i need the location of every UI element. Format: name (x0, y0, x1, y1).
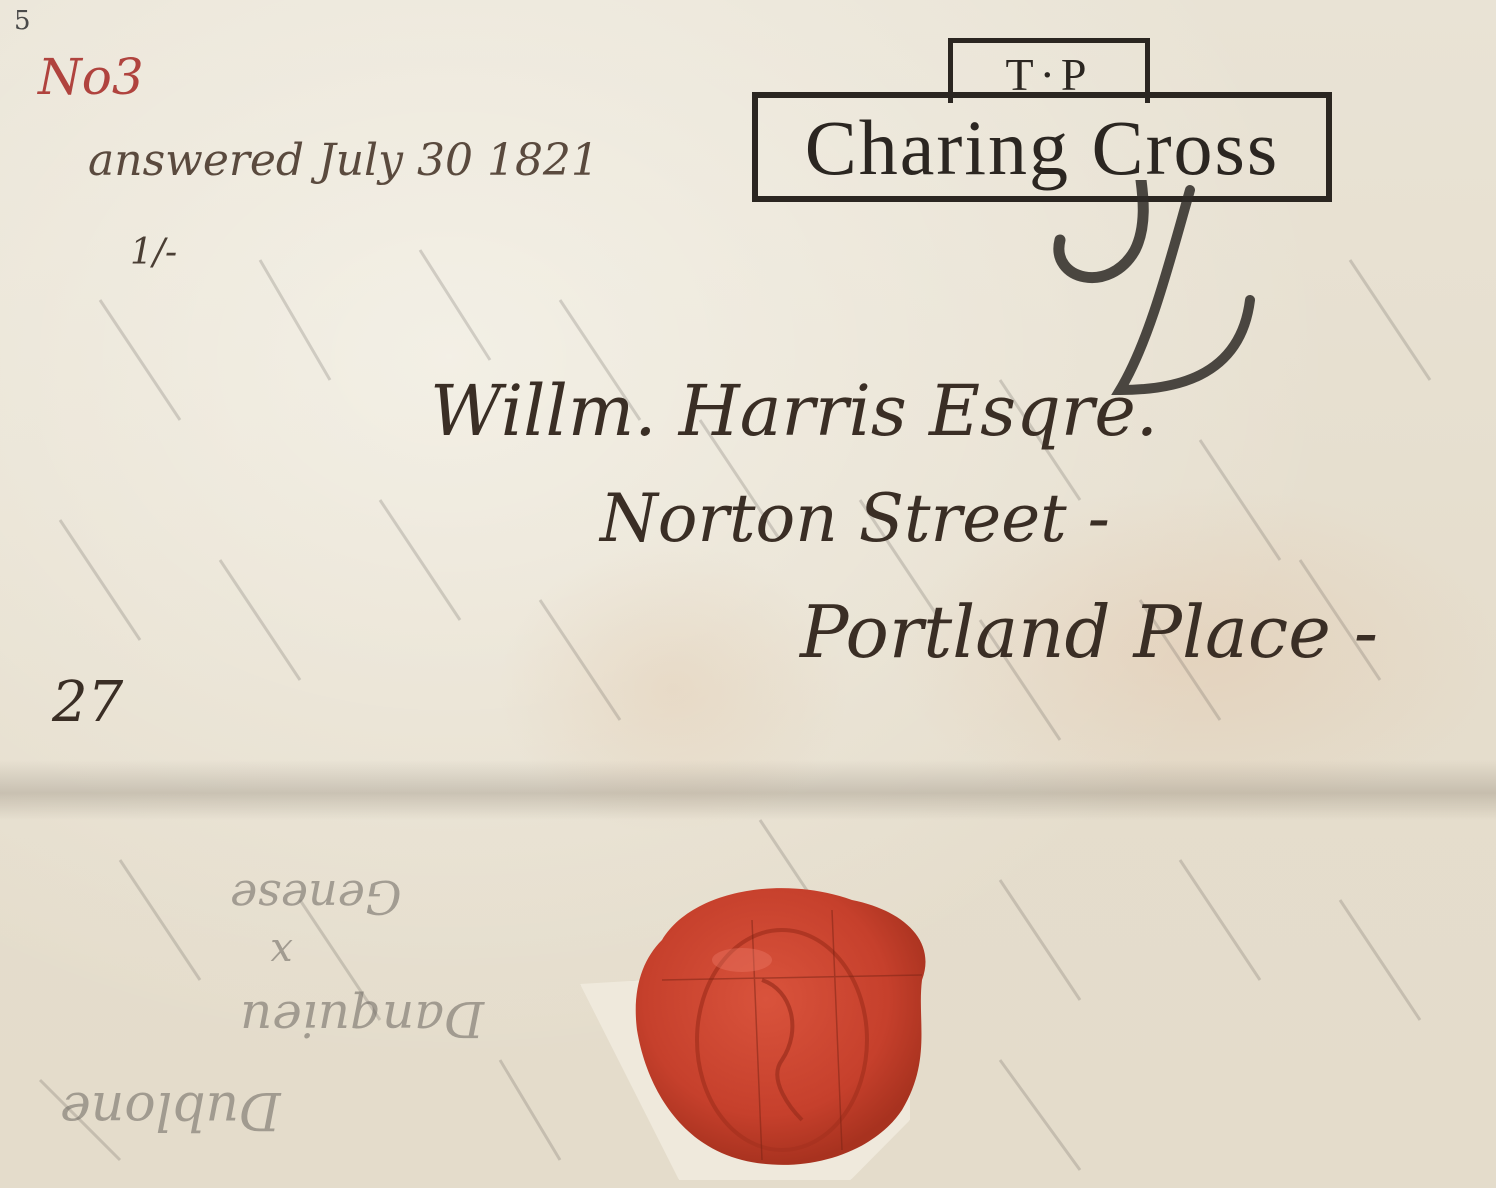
address-line-3: Portland Place - (800, 590, 1378, 674)
show-through-text-1: Genese (230, 870, 402, 924)
docket-number: 27 (52, 670, 123, 735)
letter-cover: 5 No3 answered July 30 1821 1/- 27 T·P C… (0, 0, 1496, 1188)
address-line-1: Willm. Harris Esqre. (430, 370, 1158, 452)
folio-number: 5 (14, 6, 31, 36)
wax-seal (632, 880, 932, 1170)
address-line-2: Norton Street - (600, 480, 1110, 557)
answered-note: answered July 30 1821 (88, 135, 599, 186)
show-through-text-3: Dublone (60, 1080, 281, 1140)
show-through-text-2: Danquieu (240, 990, 484, 1048)
show-through-mark: x (270, 930, 293, 976)
fold-crease (0, 760, 1496, 820)
rate-mark: 1/- (130, 232, 177, 273)
item-number: No3 (38, 48, 144, 106)
